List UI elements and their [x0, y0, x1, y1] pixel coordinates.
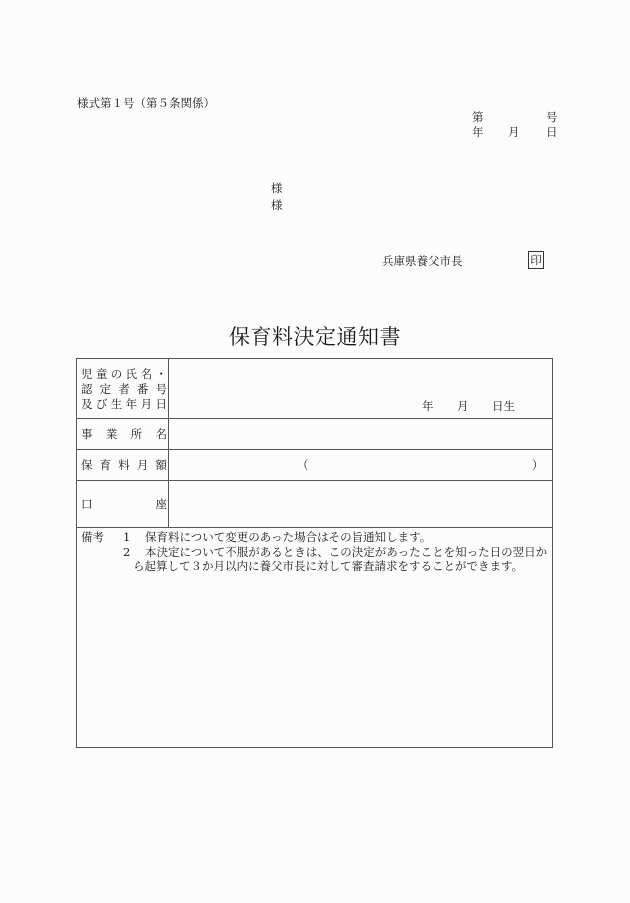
row-facility-name: 事業所名	[77, 418, 552, 450]
remarks-line-3: ら起算して３か月以内に養父市長に対して審査請求をすることができます。	[81, 559, 548, 574]
paren-open: （	[297, 458, 309, 472]
seal-stamp: 印	[528, 251, 544, 269]
label-child-info: 児童の氏名・ 認定者番号 及び生年月日	[77, 359, 169, 418]
doc-number-prefix: 第	[472, 110, 484, 124]
remarks-content: 備考 1 保育料について変更のあった場合はその旨通知します。 2 本決定について…	[81, 530, 548, 574]
value-child-info[interactable]: 年 月 日生	[170, 359, 552, 418]
remarks-line-1: 備考 1 保育料について変更のあった場合はその旨通知します。	[81, 530, 548, 545]
remark-2-number: 2	[123, 545, 130, 559]
row-remarks: 備考 1 保育料について変更のあった場合はその旨通知します。 2 本決定について…	[77, 527, 552, 747]
remark-2-text: 本決定について不服があるときは、この決定があったことを知った日の翌日か	[145, 545, 547, 559]
issue-date-line: 年 月 日	[470, 125, 560, 140]
remark-1-number: 1	[123, 530, 130, 544]
label-line-2: 認定者番号	[81, 382, 167, 397]
value-monthly-fee[interactable]: （ ）	[170, 449, 552, 480]
notice-table: 児童の氏名・ 認定者番号 及び生年月日 年 月 日生 事業所名 保育料月額	[76, 358, 553, 748]
birth-day: 日生	[492, 399, 515, 413]
label-bank-account: 口座	[77, 480, 169, 527]
document-title: 保育料決定通知書	[0, 321, 630, 351]
paren-close: ）	[532, 458, 544, 472]
issuer-name: 兵庫県養父市長	[382, 254, 463, 268]
remarks-label: 備考	[81, 530, 104, 544]
document-number-date-block: 第 号 年 月 日	[470, 110, 560, 140]
label-line-3: 及び生年月日	[81, 397, 167, 412]
date-day: 日	[546, 125, 558, 139]
doc-number-suffix: 号	[546, 110, 558, 124]
remark-1-text: 保育料について変更のあった場合はその旨通知します。	[145, 530, 431, 544]
label-monthly-fee: 保育料月額	[77, 449, 169, 480]
form-number: 様式第１号（第５条関係）	[77, 96, 215, 110]
recipient-block: 様 様	[271, 181, 283, 215]
label-facility-name: 事業所名	[77, 418, 169, 449]
row-monthly-fee: 保育料月額 （ ）	[77, 449, 552, 481]
birth-year: 年	[422, 399, 434, 413]
birth-month: 月	[457, 399, 469, 413]
row-child-info: 児童の氏名・ 認定者番号 及び生年月日 年 月 日生	[77, 359, 552, 419]
value-facility-name[interactable]	[170, 418, 552, 449]
remarks-line-2: 2 本決定について不服があるときは、この決定があったことを知った日の翌日か	[81, 545, 548, 560]
date-month: 月	[508, 125, 520, 139]
row-bank-account: 口座	[77, 480, 552, 528]
date-year: 年	[472, 125, 484, 139]
recipient-honorific-1: 様	[271, 181, 283, 198]
recipient-honorific-2: 様	[271, 198, 283, 215]
remark-2-continuation: ら起算して３か月以内に養父市長に対して審査請求をすることができます。	[133, 559, 523, 573]
document-number-line: 第 号	[470, 110, 560, 125]
label-line-1: 児童の氏名・	[81, 367, 167, 382]
value-bank-account[interactable]	[170, 480, 552, 527]
